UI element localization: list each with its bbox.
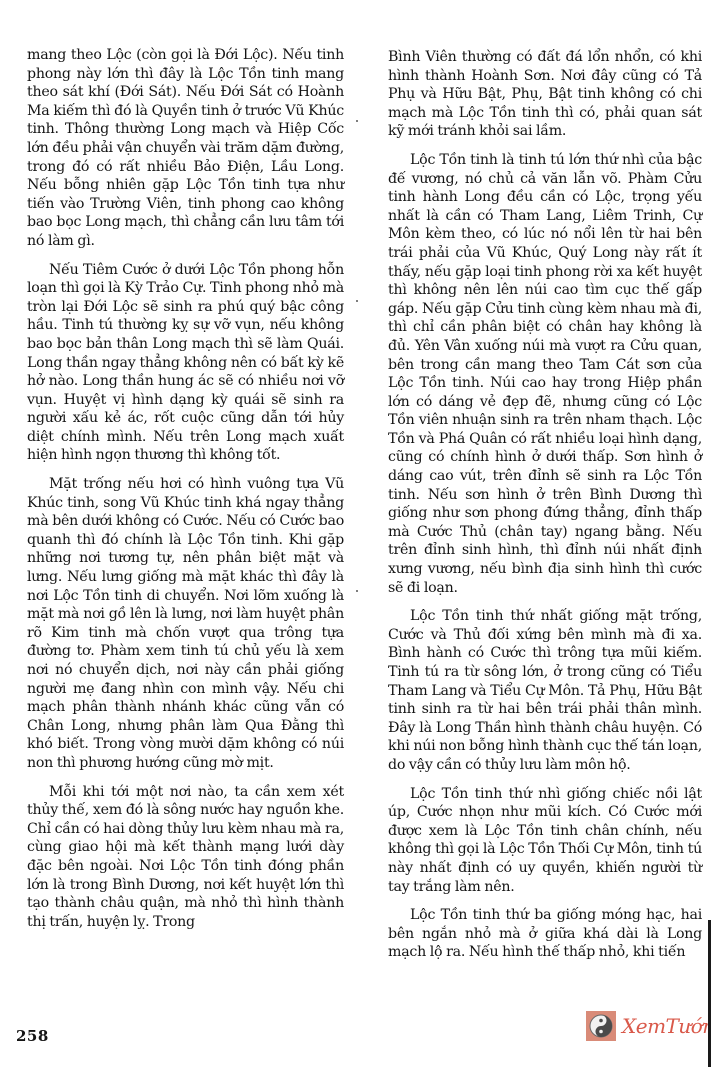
scan-speck [356,300,358,302]
paragraph: Bình Viên thường có đất đá lổn nhổn, có … [388,48,702,141]
scan-speck [356,120,358,122]
book-page: mang theo Lộc (còn gọi là Đới Lộc). Nếu … [0,0,711,1067]
paragraph: mang theo Lộc (còn gọi là Đới Lộc). Nếu … [27,46,344,251]
yin-yang-icon [586,1011,616,1041]
watermark-logo: XemTướng.net [586,1011,711,1041]
paragraph: Lộc Tồn tinh thứ nhất giống mặt trống, C… [388,607,702,774]
paragraph: Mặt trống nếu hơi có hình vuông tựa Vũ K… [27,475,344,773]
paragraph: Nếu Tiêm Cước ở dưới Lộc Tồn phong hỗn l… [27,261,344,466]
paragraph: Lộc Tồn tinh là tinh tú lớn thứ nhì của … [388,151,702,597]
left-column: mang theo Lộc (còn gọi là Đới Lộc). Nếu … [27,46,344,931]
right-column: Bình Viên thường có đất đá lổn nhổn, có … [388,48,702,962]
page-number: 258 [16,1027,49,1045]
paragraph: Lộc Tồn tinh thứ nhì giống chiếc nồi lật… [388,785,702,897]
scan-speck [356,590,358,592]
watermark-text: XemTướng.net [622,1014,711,1038]
paragraph: Lộc Tồn tinh thứ ba giống móng hạc, hai … [388,906,702,962]
scan-speck [698,548,700,550]
paragraph: Mỗi khi tới một nơi nào, ta cần xem xét … [27,783,344,932]
